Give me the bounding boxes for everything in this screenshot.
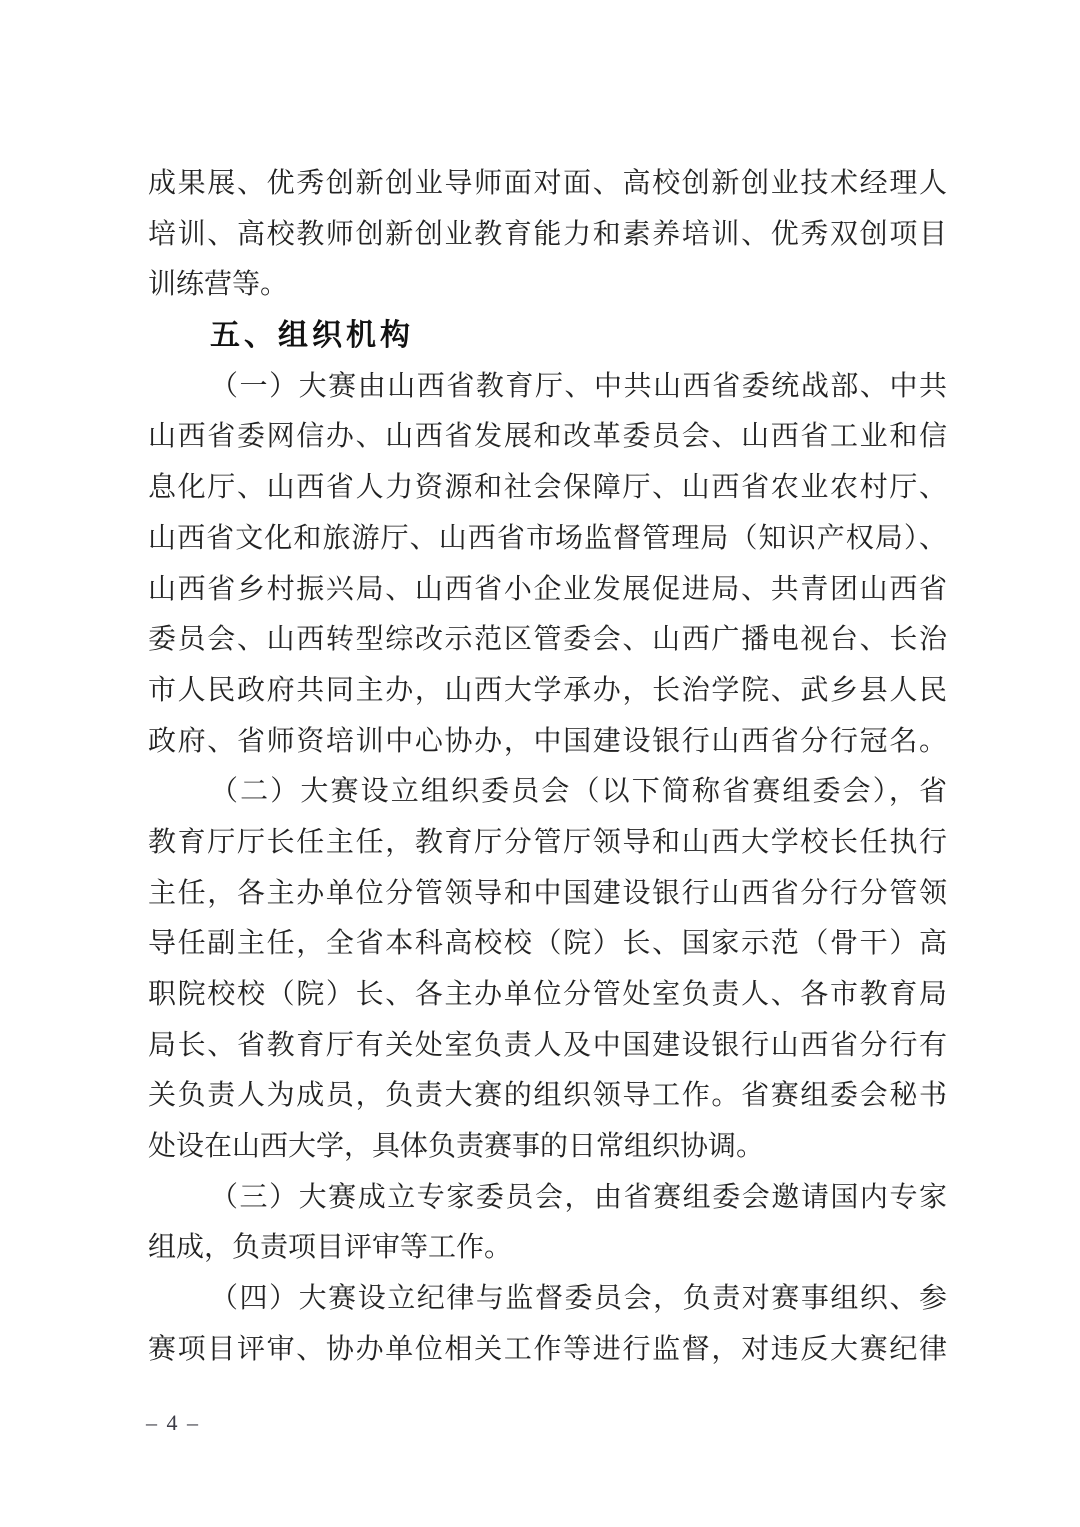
text-line: 息化厅、山西省人力资源和社会保障厅、山西省农业农村厅、 — [148, 463, 947, 514]
text-line: 处设在山西大学，具体负责赛事的日常组织协调。 — [148, 1122, 947, 1173]
text-line: 赛项目评审、协办单位相关工作等进行监督，对违反大赛纪律 — [148, 1325, 947, 1376]
text-line: 局长、省教育厅有关处室负责人及中国建设银行山西省分行有 — [148, 1021, 947, 1072]
text-line: （二）大赛设立组织委员会（以下简称省赛组委会），省 — [148, 767, 947, 818]
page-number: – 4 – — [146, 1410, 200, 1436]
text-line: 山西省乡村振兴局、山西省小企业发展促进局、共青团山西省 — [148, 565, 947, 616]
text-line: 政府、省师资培训中心协办，中国建设银行山西省分行冠名。 — [148, 717, 947, 768]
text-line: 组成，负责项目评审等工作。 — [148, 1223, 947, 1274]
text-line: 关负责人为成员，负责大赛的组织领导工作。省赛组委会秘书 — [148, 1071, 947, 1122]
text-line: 市人民政府共同主办，山西大学承办，长治学院、武乡县人民 — [148, 666, 947, 717]
text-line: 教育厅厅长任主任，教育厅分管厅领导和山西大学校长任执行 — [148, 818, 947, 869]
text-line: （三）大赛成立专家委员会，由省赛组委会邀请国内专家 — [148, 1173, 947, 1224]
text-line: 职院校校（院）长、各主办单位分管处室负责人、各市教育局 — [148, 970, 947, 1021]
section-heading: 五、组织机构 — [148, 311, 947, 362]
text-line: 导任副主任，全省本科高校校（院）长、国家示范（骨干）高 — [148, 919, 947, 970]
document-page: 成果展、优秀创新创业导师面对面、高校创新创业技术经理人培训、高校教师创新创业教育… — [0, 0, 1080, 1527]
text-line: 成果展、优秀创新创业导师面对面、高校创新创业技术经理人 — [148, 159, 947, 210]
document-body: 成果展、优秀创新创业导师面对面、高校创新创业技术经理人培训、高校教师创新创业教育… — [148, 159, 947, 1376]
text-line: 训练营等。 — [148, 260, 947, 311]
text-line: 委员会、山西转型综改示范区管委会、山西广播电视台、长治 — [148, 615, 947, 666]
text-line: 主任，各主办单位分管领导和中国建设银行山西省分行分管领 — [148, 869, 947, 920]
text-line: （一）大赛由山西省教育厅、中共山西省委统战部、中共 — [148, 362, 947, 413]
text-line: （四）大赛设立纪律与监督委员会，负责对赛事组织、参 — [148, 1274, 947, 1325]
text-line: 山西省委网信办、山西省发展和改革委员会、山西省工业和信 — [148, 412, 947, 463]
text-line: 山西省文化和旅游厅、山西省市场监督管理局（知识产权局）、 — [148, 514, 947, 565]
text-line: 培训、高校教师创新创业教育能力和素养培训、优秀双创项目 — [148, 210, 947, 261]
